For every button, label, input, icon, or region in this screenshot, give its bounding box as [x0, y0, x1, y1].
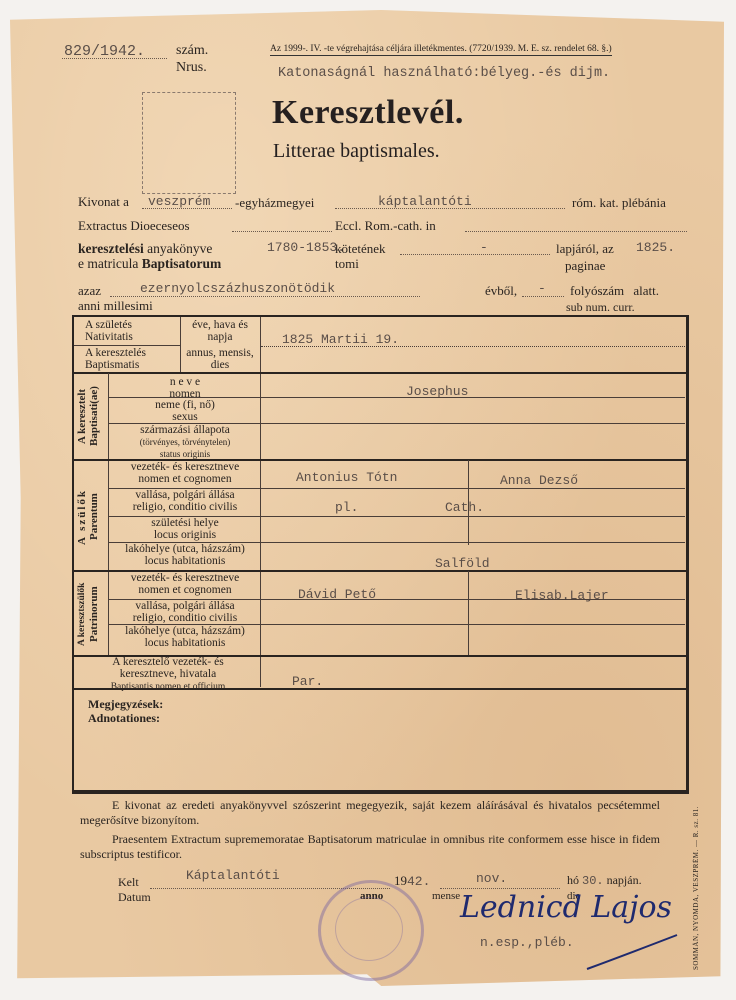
evbol-label: évből, — [485, 283, 517, 299]
parents-name-label: vezeték- és keresztnevenomen et cognomen — [110, 461, 260, 485]
page-title: Keresztlevél. — [272, 94, 464, 132]
register-type: keresztelési — [78, 241, 144, 256]
parents-residence-value: Salföld — [435, 556, 490, 571]
baptism-label: A keresztelésBaptismatis — [75, 347, 185, 371]
legal-notice: Az 1999-. IV. -te végrehajtása céljára i… — [270, 44, 612, 56]
godparents-residence-label: lakóhelye (utca, házszám)locus habitatio… — [110, 625, 260, 649]
day-suffix: napján. — [607, 873, 642, 887]
parish-dotline — [335, 208, 565, 209]
dated-place-value: Káptalantóti — [186, 868, 280, 883]
azaz-label: azaz — [78, 283, 101, 299]
extract-latin: Extractus Dioeceseos — [78, 218, 190, 234]
page-subtitle: Litterae baptismales. — [273, 140, 440, 163]
baptizer-value: Par. — [292, 674, 323, 689]
dated-label-latin: Datum — [118, 890, 151, 905]
dated-year-value: 42. — [407, 874, 430, 889]
volume-dotline — [400, 254, 550, 255]
eccl-dotline — [465, 231, 687, 232]
matricula-label: e matricula — [78, 256, 138, 271]
dated-month-value: nov. — [476, 871, 507, 886]
diocese-dotline — [142, 208, 232, 209]
godparents-name-label: vezeték- és keresztnevenomen et cognomen — [110, 572, 260, 596]
page-label: lapjáról, az — [556, 241, 614, 257]
dated-day-value: 30. — [582, 874, 604, 888]
subnum-label: sub num. curr. — [566, 300, 635, 315]
eccl-latin: Eccl. Rom.-cath. in — [335, 218, 436, 234]
certification-hu: E kivonat az eredeti anyakönyvvel szósze… — [80, 798, 660, 828]
parish-suffix: róm. kat. plébánia — [572, 195, 666, 211]
notes-label: Megjegyzések: — [88, 697, 163, 712]
date-col-label: éve, hava és napja — [181, 319, 259, 343]
diocese-value: veszprém — [148, 194, 210, 209]
certification-la: Praesentem Extractum suprememoratae Bapt… — [80, 832, 660, 862]
mother-religion-value: Cath. — [445, 500, 484, 515]
photo-placeholder — [142, 92, 236, 194]
baptized-sex-label: neme (fi, nő)sexus — [110, 399, 260, 423]
parents-birthplace-label: születési helyelocus originis — [110, 517, 260, 541]
father-name-value: Antonius Tótn — [296, 470, 397, 485]
diocese-suffix: -egyházmegyei — [235, 195, 314, 211]
matricula-bold: Baptisatorum — [142, 256, 222, 271]
year-text-value: ezernyolcszázhuszonötödik — [140, 281, 335, 296]
baptized-group-label: A kereszteltBaptisati(ae) — [76, 375, 106, 457]
military-note: Katonaságnál használható:bélyeg.-és dijm… — [278, 66, 610, 81]
parish-value: káptalantóti — [378, 194, 472, 209]
current-number-value: - — [538, 281, 546, 296]
parents-religion-label: vallása, polgári állásareligio, conditio… — [110, 489, 260, 513]
mense-label: mense — [432, 890, 460, 902]
year-text-dotline — [110, 296, 420, 297]
signature-flourish — [585, 925, 685, 975]
printer-imprint: SOMMÁN, NYOMDA, VESZPRÉM. — R. sz. 81. — [692, 770, 700, 970]
father-religion-value: pl. — [335, 500, 358, 515]
current-number-dotline — [522, 296, 564, 297]
register-years-value: 1780-1853. — [267, 240, 345, 255]
extract-prefix: Kivonat a — [78, 195, 129, 208]
mother-name-value: Anna Dezső — [500, 473, 578, 488]
godmother-name-value: Elisab.Lajer — [515, 588, 609, 603]
number-label-latin: Nrus. — [176, 60, 207, 76]
year-value: 1825. — [636, 240, 675, 255]
birth-label: A születésNativitatis — [75, 319, 185, 343]
day-prefix: hó — [567, 873, 579, 887]
number-dotline — [62, 58, 167, 59]
paginae-label: paginae — [565, 258, 605, 274]
parents-residence-label: lakóhelye (utca, házszám)locus habitatio… — [110, 543, 260, 567]
tomi-label: tomi — [335, 256, 359, 272]
signature: Lednicd Lajos — [460, 890, 672, 925]
birth-date-value: 1825 Martii 19. — [282, 332, 399, 347]
parents-group-label: A szülőkParentum — [76, 462, 106, 572]
month-dotline — [440, 888, 560, 889]
diocese-latin-dotline — [232, 231, 332, 232]
volume-value: - — [480, 240, 488, 255]
baptized-status-label: származási állapota(törvényes, törvényte… — [110, 424, 260, 460]
anni-label: anni millesimi — [78, 298, 153, 314]
notes-latin: Adnotationes: — [88, 711, 160, 726]
volume-label: kötetének — [335, 241, 386, 257]
parish-seal-stamp — [318, 880, 424, 981]
dated-label: Kelt — [118, 875, 139, 890]
godparents-group-label: A keresztszülőkPatrinorum — [76, 572, 106, 656]
date-col-latin: annus, mensis, dies — [181, 347, 259, 371]
godparents-religion-label: vallása, polgári állásareligio, conditio… — [110, 600, 260, 624]
register-label: anyakönyve — [147, 241, 212, 256]
folyoszam-label: folyószám alatt. — [570, 283, 659, 299]
number-label: szám. — [176, 43, 208, 59]
signer-title: n.esp.,pléb. — [480, 935, 574, 950]
